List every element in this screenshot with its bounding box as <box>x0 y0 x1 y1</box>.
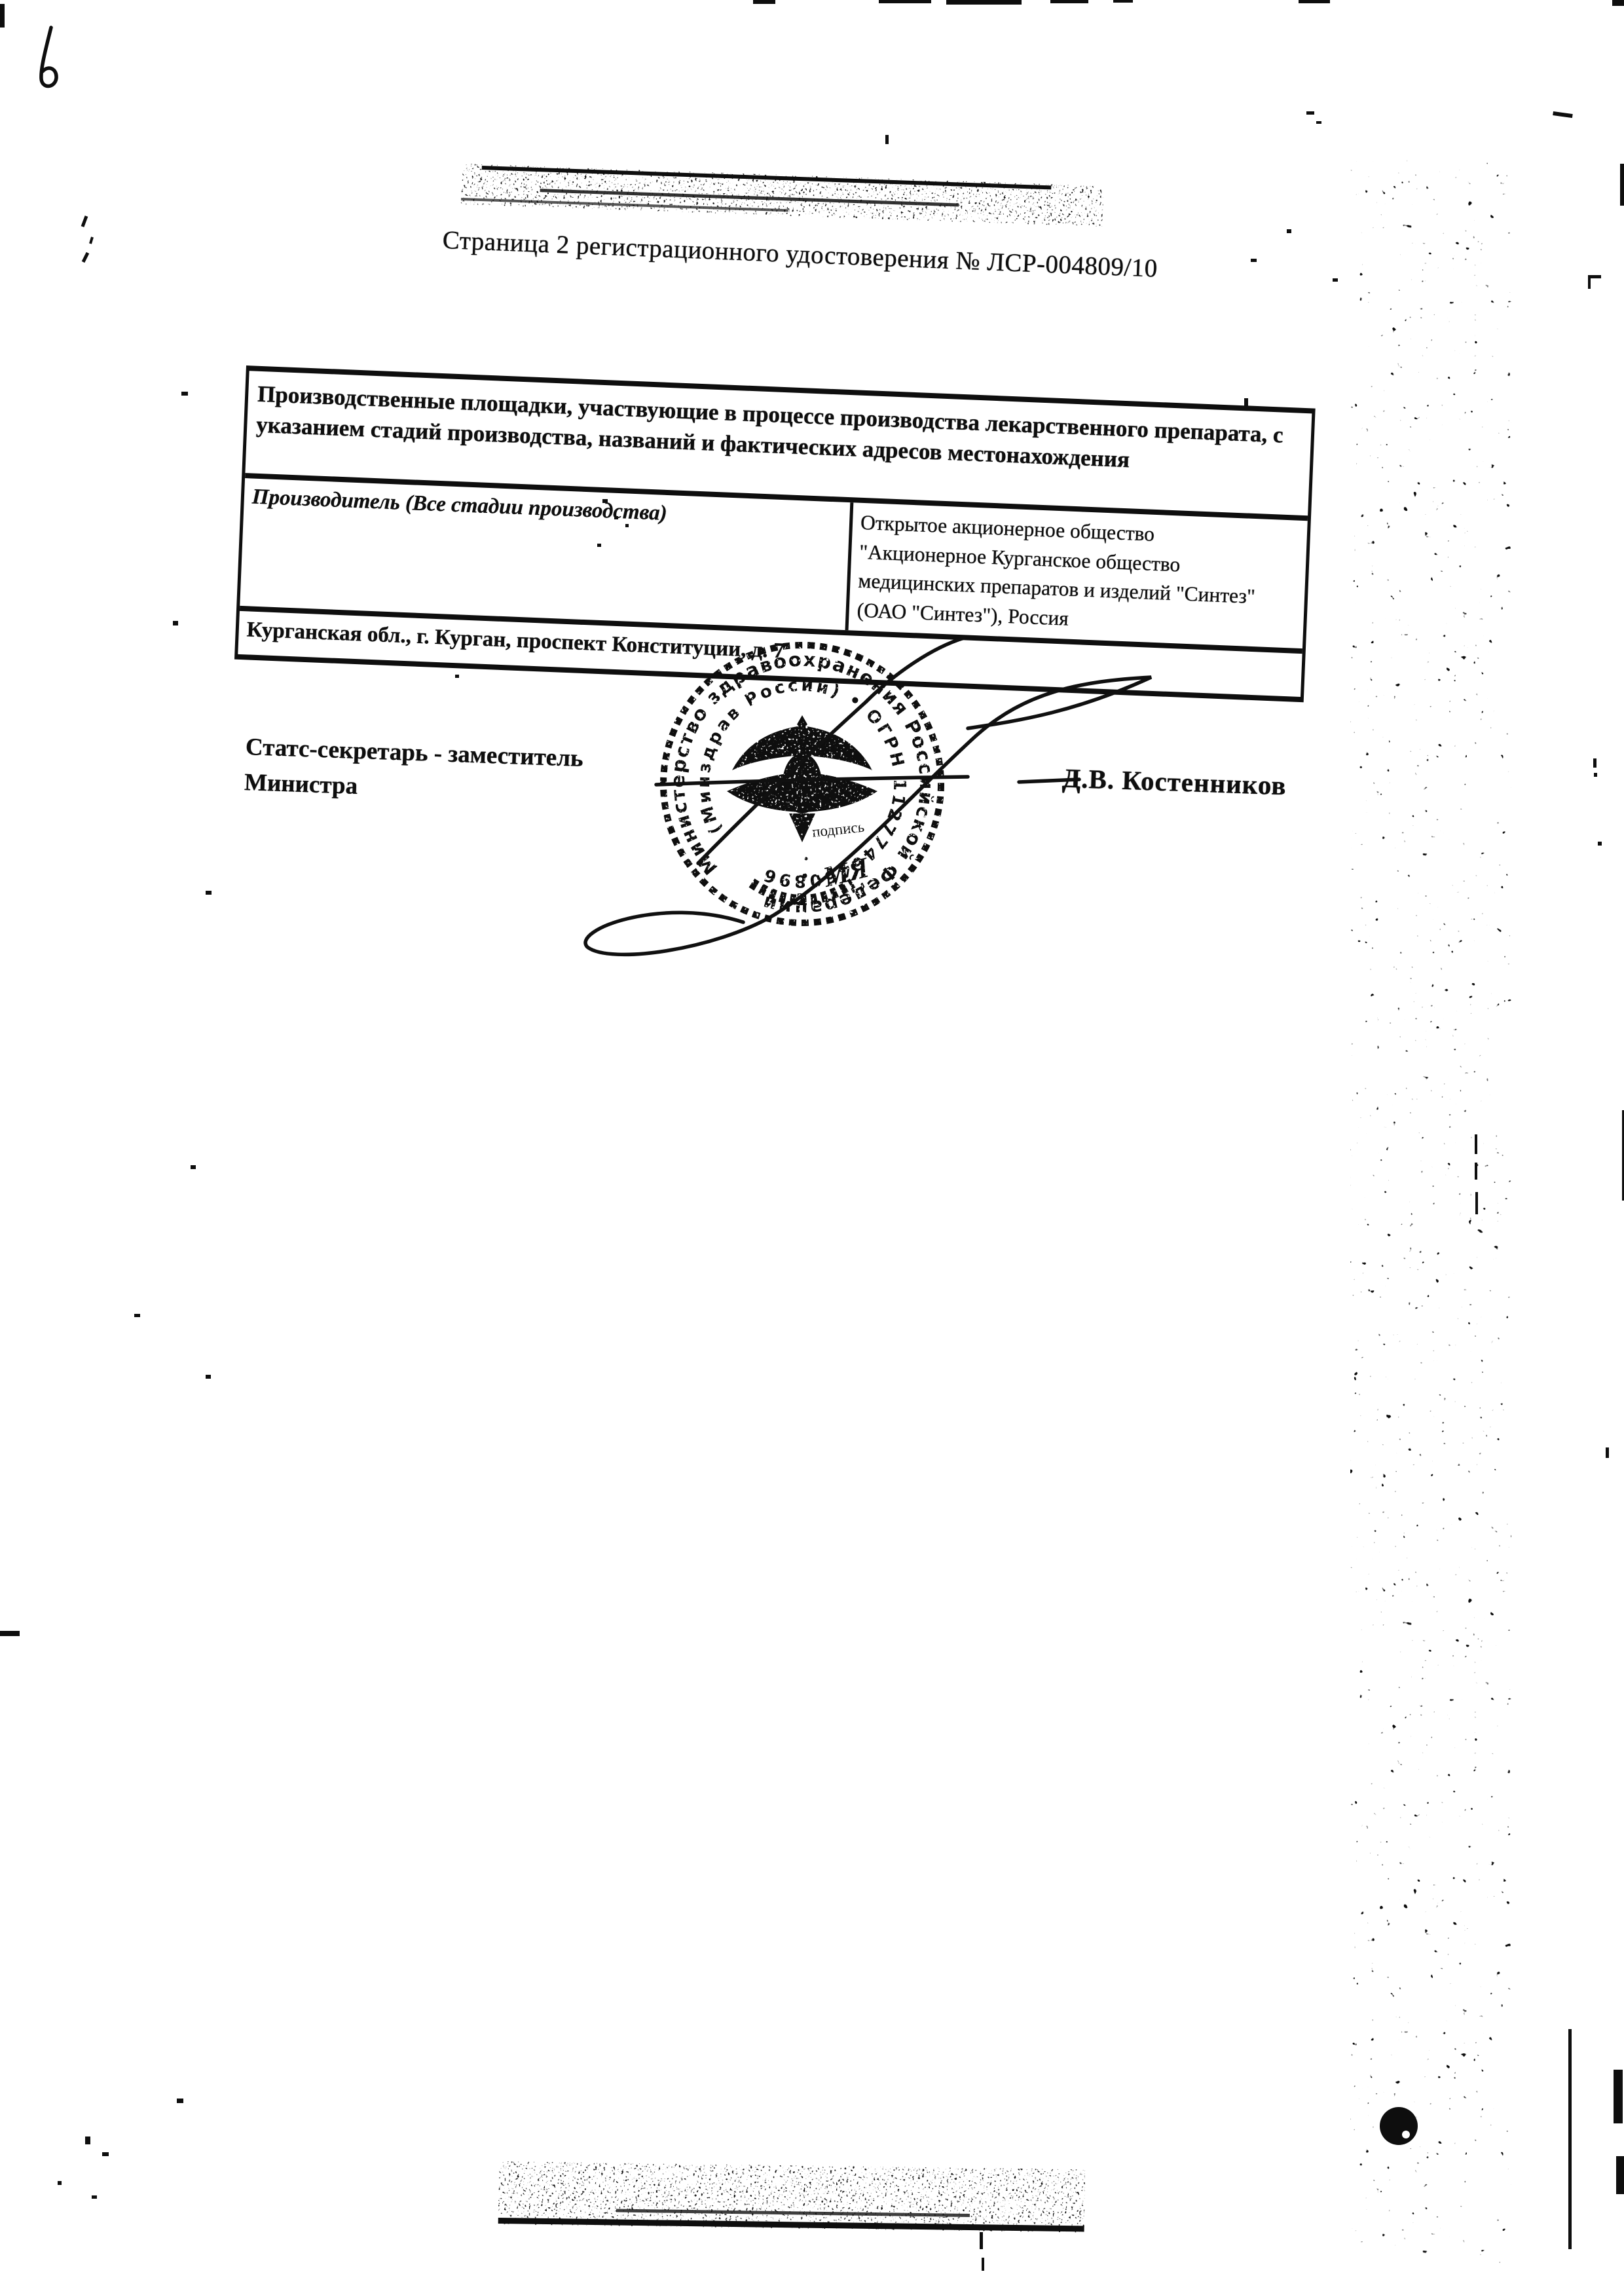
producer-value-cell: Открытое акционерное общество "Акционерн… <box>849 502 1308 648</box>
producer-label-cell: Производитель (Все стадии производства) <box>240 478 853 630</box>
scan-noise-right-band <box>1350 159 1624 2264</box>
stamp-artwork: Министерство здравоохранения Российской … <box>663 645 941 923</box>
scanned-document-page: Страница 2 регистрационного удостоверени… <box>0 0 1624 2295</box>
stamp-bottom-digit: 2 <box>796 889 805 909</box>
handwritten-page-number <box>41 28 56 86</box>
scan-artifacts-overlay <box>0 0 1624 2295</box>
stamp-podpis-label: подпись <box>811 819 865 840</box>
scan-smudge-top <box>461 164 1104 227</box>
page-title: Страница 2 регистрационного удостоверени… <box>442 225 1359 291</box>
scanner-black-dot <box>1380 2107 1418 2145</box>
scan-noise-specks <box>0 0 1624 2271</box>
ministry-round-stamp: Министерство здравоохранения Российской … <box>654 635 951 933</box>
scan-smudge-bottom <box>498 2161 1085 2232</box>
